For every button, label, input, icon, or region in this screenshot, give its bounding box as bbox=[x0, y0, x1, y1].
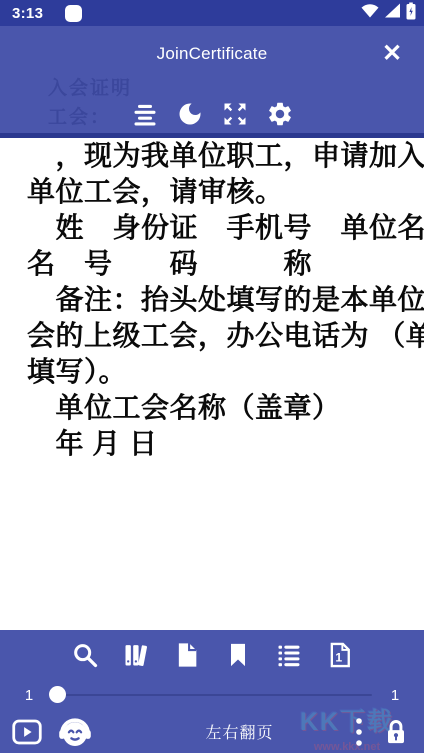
settings-icon[interactable] bbox=[265, 98, 295, 130]
reader-toolbar: 1 bbox=[0, 630, 424, 680]
reader-app-screen: 3:13 ，现为我单位职工，申请加入我单位工会，请审核。 姓 身份证 手机号 单… bbox=[0, 0, 424, 753]
document-line: 会的上级工会，办公电话为 （单位 bbox=[27, 318, 408, 354]
clock: 3:13 bbox=[12, 5, 43, 22]
status-bar: 3:13 bbox=[0, 0, 424, 26]
page-icon[interactable] bbox=[172, 640, 202, 670]
contents-list-icon[interactable] bbox=[274, 640, 304, 670]
document-line: 填写）。 bbox=[27, 354, 408, 390]
video-icon[interactable] bbox=[12, 719, 42, 745]
total-pages-label: 1 bbox=[388, 687, 402, 704]
slider-thumb[interactable] bbox=[49, 686, 66, 703]
document-line: 年 月 日 bbox=[27, 426, 408, 462]
cellular-signal-icon bbox=[384, 3, 401, 23]
bottom-chrome: KK下载 www.kkx.net bbox=[0, 630, 424, 753]
nav-right-group bbox=[354, 716, 412, 748]
audio-reader-icon[interactable] bbox=[55, 714, 95, 750]
document-line: ，现为我单位职工，申请加入我 bbox=[27, 138, 408, 174]
library-icon[interactable] bbox=[121, 640, 151, 670]
document-page: ，现为我单位职工，申请加入我单位工会，请审核。 姓 身份证 手机号 单位名名 号… bbox=[27, 138, 408, 462]
more-options-icon[interactable] bbox=[354, 716, 364, 748]
fullscreen-icon[interactable] bbox=[220, 98, 250, 130]
reader-header-overlay: JoinCertificate ✕ 入会证明工会： bbox=[0, 26, 424, 138]
page-turn-mode-button[interactable]: 左右翻页 bbox=[95, 720, 354, 743]
wifi-icon bbox=[361, 3, 379, 23]
notification-app-icon bbox=[65, 5, 82, 22]
document-line: 单位工会名称（盖章） bbox=[27, 390, 408, 426]
current-page-label: 1 bbox=[22, 687, 36, 704]
document-line: 姓 身份证 手机号 单位名 bbox=[27, 210, 408, 246]
document-line: 单位工会，请审核。 bbox=[27, 174, 408, 210]
page-slider[interactable] bbox=[52, 686, 372, 704]
nav-left-group bbox=[12, 714, 95, 750]
line-spacing-icon[interactable] bbox=[130, 98, 160, 130]
bottom-nav-bar: 左右翻页 bbox=[0, 710, 424, 753]
close-button[interactable]: ✕ bbox=[376, 38, 408, 70]
document-line: 名 号 码 称 bbox=[27, 246, 408, 282]
status-icons bbox=[361, 2, 416, 25]
screen-lock-icon[interactable] bbox=[380, 716, 412, 748]
page-title: JoinCertificate bbox=[0, 44, 424, 64]
goto-page-icon[interactable]: 1 bbox=[325, 640, 355, 670]
document-line: 备注：抬头处填写的是本单位工 bbox=[27, 282, 408, 318]
reader-menu-row bbox=[0, 98, 424, 130]
page-slider-row: 1 1 bbox=[0, 680, 424, 710]
slider-track[interactable] bbox=[52, 694, 372, 696]
night-mode-icon[interactable] bbox=[175, 98, 205, 130]
battery-charging-icon bbox=[406, 2, 416, 25]
bookmark-icon[interactable] bbox=[223, 640, 253, 670]
svg-text:1: 1 bbox=[335, 650, 342, 664]
search-icon[interactable] bbox=[70, 640, 100, 670]
